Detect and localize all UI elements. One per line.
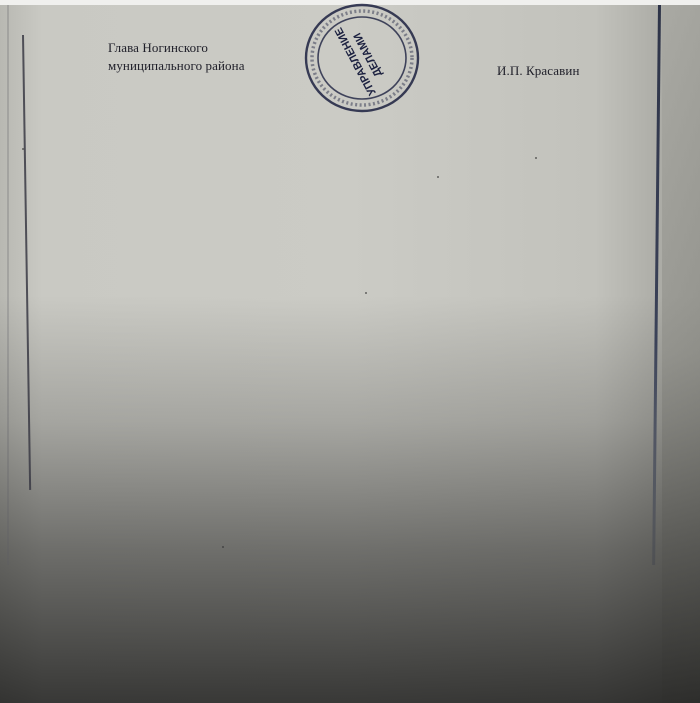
dust-speck [365,292,367,294]
page-border-right [652,5,661,565]
page-edge-left [7,5,9,565]
document-photo: Глава Ногинского муниципального района У… [0,0,700,703]
signatory-title-line-1: Глава Ногинского [108,39,245,57]
dust-speck [22,148,24,150]
monitor-bezel-right [662,5,700,703]
dust-speck [222,546,224,548]
dust-speck [437,176,439,178]
margin-line [22,35,31,490]
signatory-name: И.П. Красавин [497,62,580,80]
official-stamp: УПРАВЛЕНИЕ ДЕЛАМИ [303,2,421,114]
stamp-seal-icon: УПРАВЛЕНИЕ ДЕЛАМИ [303,2,421,114]
signatory-title-line-2: муниципального района [108,57,245,75]
signatory-title: Глава Ногинского муниципального района [108,39,245,75]
dust-speck [535,157,537,159]
